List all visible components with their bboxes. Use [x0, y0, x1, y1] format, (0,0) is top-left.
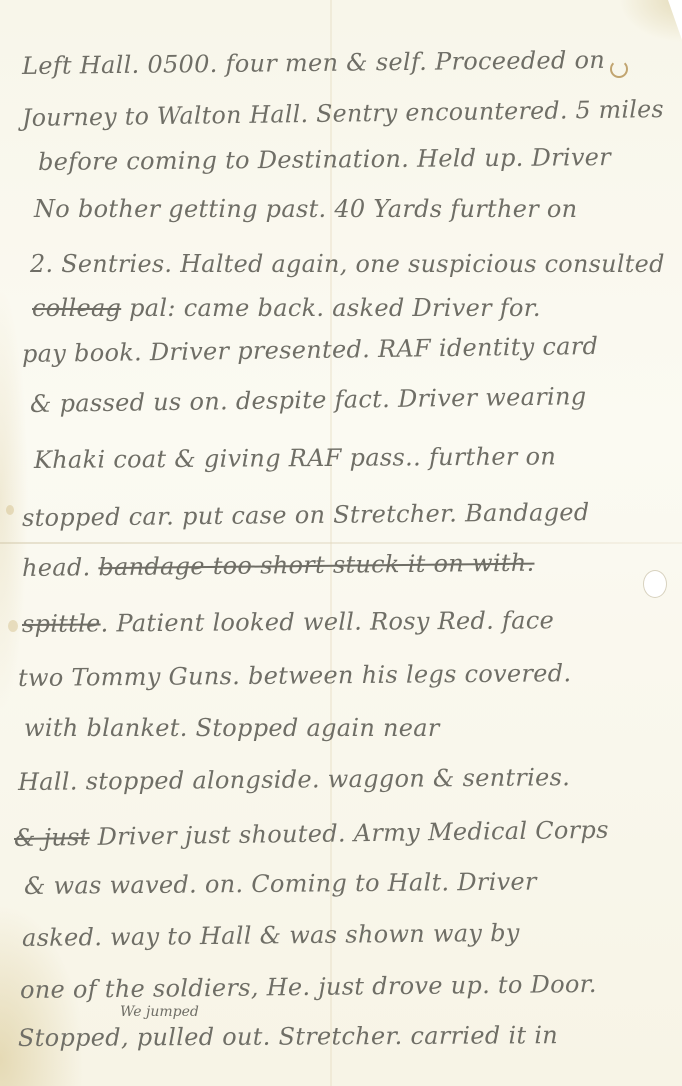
text-line-4: No bother getting past. 40 Yards further… [34, 195, 577, 223]
text-line-15: Hall. stopped alongside. waggon & sentri… [18, 763, 570, 796]
text-line-6: colleag pal: came back. asked Driver for… [32, 294, 541, 322]
struck-text: colleag [32, 294, 121, 322]
text-line-14: with blanket. Stopped again near [24, 714, 440, 742]
struck-text: spittle [22, 609, 101, 638]
punch-hole [643, 570, 667, 598]
text-line-13: two Tommy Guns. between his legs covered… [18, 659, 572, 692]
text-line-3: before coming to Destination. Held up. D… [38, 143, 611, 176]
text-line-17: & was waved. on. Coming to Halt. Driver [24, 868, 537, 900]
text-line-12: spittle. Patient looked well. Rosy Red. … [22, 606, 554, 638]
text-line-9: Khaki coat & giving RAF pass.. further o… [34, 442, 556, 474]
struck-text: bandage too short stuck it on with. [98, 549, 534, 582]
struck-text: & just [14, 823, 90, 852]
paper-stain [6, 505, 14, 515]
paper-stain [610, 60, 628, 78]
text-line-2: Journey to Walton Hall. Sentry encounter… [22, 95, 664, 132]
text-line-20: Stopped, pulled out. Stretcher. carried … [18, 1021, 558, 1052]
text-line-1: Left Hall. 0500. four men & self. Procee… [22, 46, 605, 80]
text-line-10: stopped car. put case on Stretcher. Band… [22, 498, 590, 532]
text-line-18: asked. way to Hall & was shown way by [22, 919, 520, 952]
inserted-text: We jumped [120, 1004, 199, 1020]
folded-corner [668, 0, 682, 40]
text-line-11: head. bandage too short stuck it on with… [22, 549, 535, 582]
text-line-5: 2. Sentries. Halted again, one suspiciou… [30, 250, 665, 278]
fold-crease [0, 542, 682, 544]
document-page: Left Hall. 0500. four men & self. Procee… [0, 0, 682, 1086]
paper-stain [8, 620, 18, 632]
text-line-7: pay book. Driver presented. RAF identity… [22, 332, 599, 368]
text-line-8: & passed us on. despite fact. Driver wea… [30, 382, 587, 418]
text-line-16: & just Driver just shouted. Army Medical… [14, 816, 609, 852]
text-line-19: one of the soldiers, He. just drove up. … [20, 970, 597, 1004]
